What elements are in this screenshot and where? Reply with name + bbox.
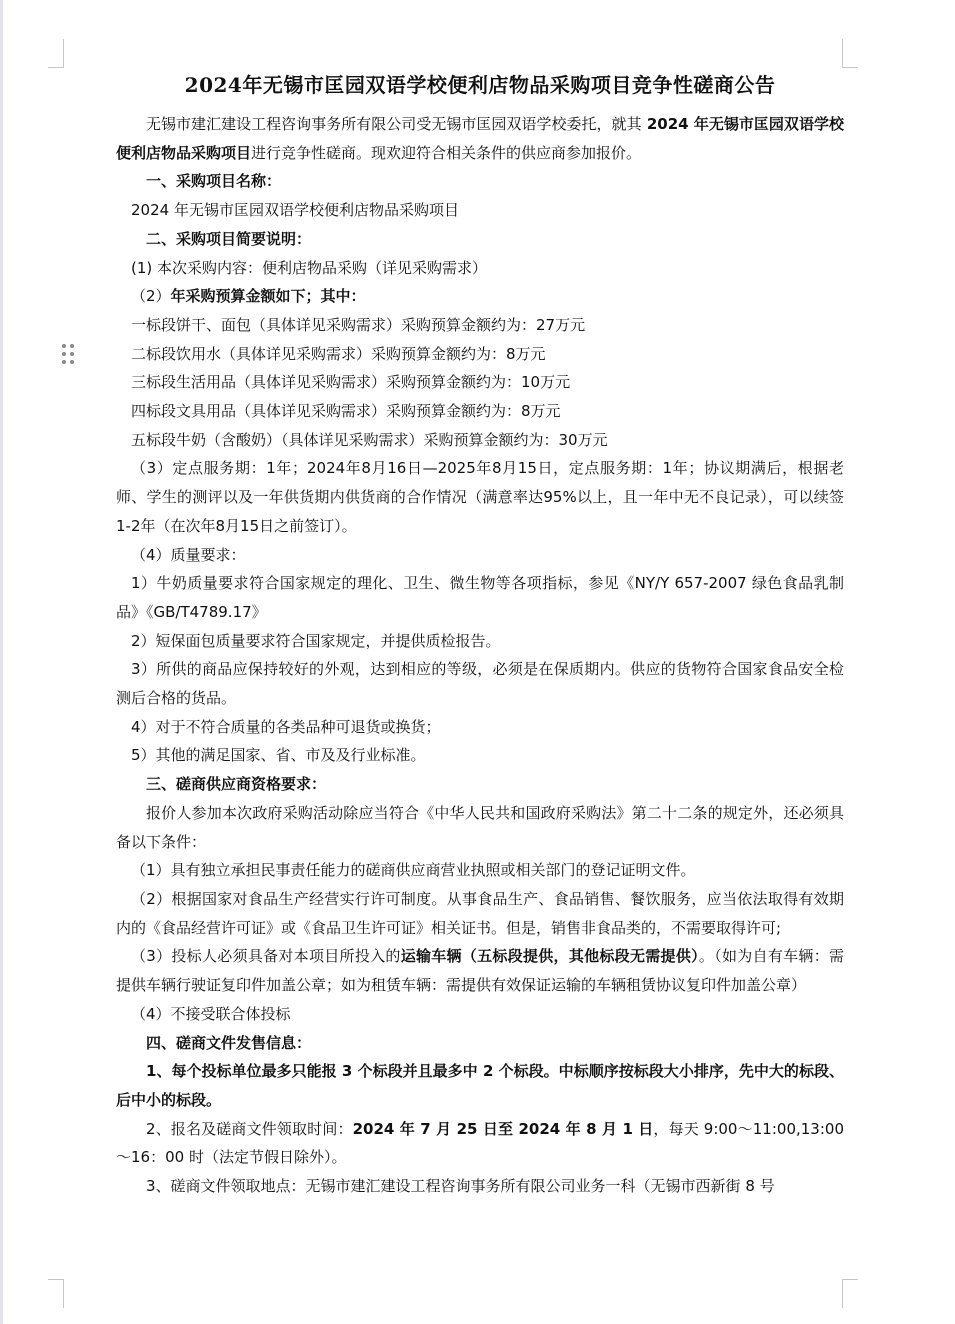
section-3-heading: 三、磋商供应商资格要求： [116,770,844,799]
item-2-text-1: 2、报名及磋商文件领取时间： [146,1120,353,1138]
document-page[interactable]: 2024年无锡市匡园双语学校便利店物品采购项目竞争性磋商公告 无锡市建汇建设工程… [116,64,844,1201]
drag-handle-icon[interactable] [62,344,76,364]
requirement-3: （3）投标人必须具备对本项目所投入的运输车辆（五标段提供，其他标段无需提供）。（… [116,942,844,999]
req-3-bold: 运输车辆（五标段提供，其他标段无需提供） [401,947,699,965]
section-4-heading: 四、磋商文件发售信息： [116,1029,844,1058]
lot-3: 三标段生活用品（具体详见采购需求）采购预算金额约为：10万元 [116,368,844,397]
quality-4: 4）对于不符合质量的各类品种可退货或换货； [116,713,844,742]
document-title: 2024年无锡市匡园双语学校便利店物品采购项目竞争性磋商公告 [116,64,844,110]
drag-dot [70,344,74,348]
item-2-bold: 年采购预算金额如下；其中： [171,287,366,305]
section-4-item-1: 1、每个投标单位最多只能报 3 个标段并且最多中 2 个标段。中标顺序按标段大小… [116,1057,844,1114]
lot-1: 一标段饼干、面包（具体详见采购需求）采购预算金额约为：27万元 [116,311,844,340]
intro-paragraph: 无锡市建汇建设工程咨询事务所有限公司受无锡市匡园双语学校委托，就其 2024 年… [116,110,844,167]
crop-mark-bottom-left [48,1279,64,1308]
drag-dot [70,352,74,356]
req-3-text-1: （3）投标人必须具备对本项目所投入的 [131,947,401,965]
quality-3: 3）所供的商品应保持较好的外观，达到相应的等级，必须是在保质期内。供应的货物符合… [116,655,844,712]
drag-dot [70,360,74,364]
section-2-heading: 二、采购项目简要说明： [116,225,844,254]
requirement-4: （4）不接受联合体投标 [116,1000,844,1029]
window-left-edge [0,0,3,1324]
section-2-item-4: （4）质量要求： [116,541,844,570]
quality-2: 2）短保面包质量要求符合国家规定，并提供质检报告。 [116,627,844,656]
crop-mark-top-left [48,39,64,68]
requirement-1: （1）具有独立承担民事责任能力的磋商供应商营业执照或相关部门的登记证明文件。 [116,856,844,885]
quality-5: 5）其他的满足国家、省、市及及行业标准。 [116,741,844,770]
intro-text-1: 无锡市建汇建设工程咨询事务所有限公司受无锡市匡园双语学校委托，就其 [146,115,642,133]
item-2-dates: 2024 年 7 月 25 日至 2024 年 8 月 1 日 [353,1120,654,1138]
crop-mark-bottom-right [842,1279,858,1308]
drag-dot [62,360,66,364]
drag-dot [62,344,66,348]
lot-4: 四标段文具用品（具体详见采购需求）采购预算金额约为：8万元 [116,397,844,426]
lot-2: 二标段饮用水（具体详见采购需求）采购预算金额约为：8万元 [116,340,844,369]
section-3-intro: 报价人参加本次政府采购活动除应当符合《中华人民共和国政府采购法》第二十二条的规定… [116,799,844,856]
crop-mark-top-right [842,39,858,68]
requirement-2: （2）根据国家对食品生产经营实行许可制度。从事食品生产、食品销售、餐饮服务，应当… [116,885,844,942]
section-1-heading: 一、采购项目名称： [116,167,844,196]
item-2-prefix: （2） [131,287,171,305]
section-2-item-1: (1) 本次采购内容：便利店物品采购（详见采购需求） [116,254,844,283]
section-4-item-2: 2、报名及磋商文件领取时间：2024 年 7 月 25 日至 2024 年 8 … [116,1115,844,1172]
section-4-item-3: 3、磋商文件领取地点：无锡市建汇建设工程咨询事务所有限公司业务一科（无锡市西新街… [116,1172,844,1201]
intro-text-2: 进行竞争性磋商。现欢迎符合相关条件的供应商参加报价。 [251,144,641,162]
section-2-item-3: （3）定点服务期：1年；2024年8月16日—2025年8月15日，定点服务期：… [116,454,844,540]
drag-dot [62,352,66,356]
lot-5: 五标段牛奶（含酸奶）（具体详见采购需求）采购预算金额约为：30万元 [116,426,844,455]
section-2-item-2: （2）年采购预算金额如下；其中： [116,282,844,311]
section-1-body: 2024 年无锡市匡园双语学校便利店物品采购项目 [116,196,844,225]
quality-1: 1）牛奶质量要求符合国家规定的理化、卫生、微生物等各项指标，参见《NY/Y 65… [116,569,844,626]
